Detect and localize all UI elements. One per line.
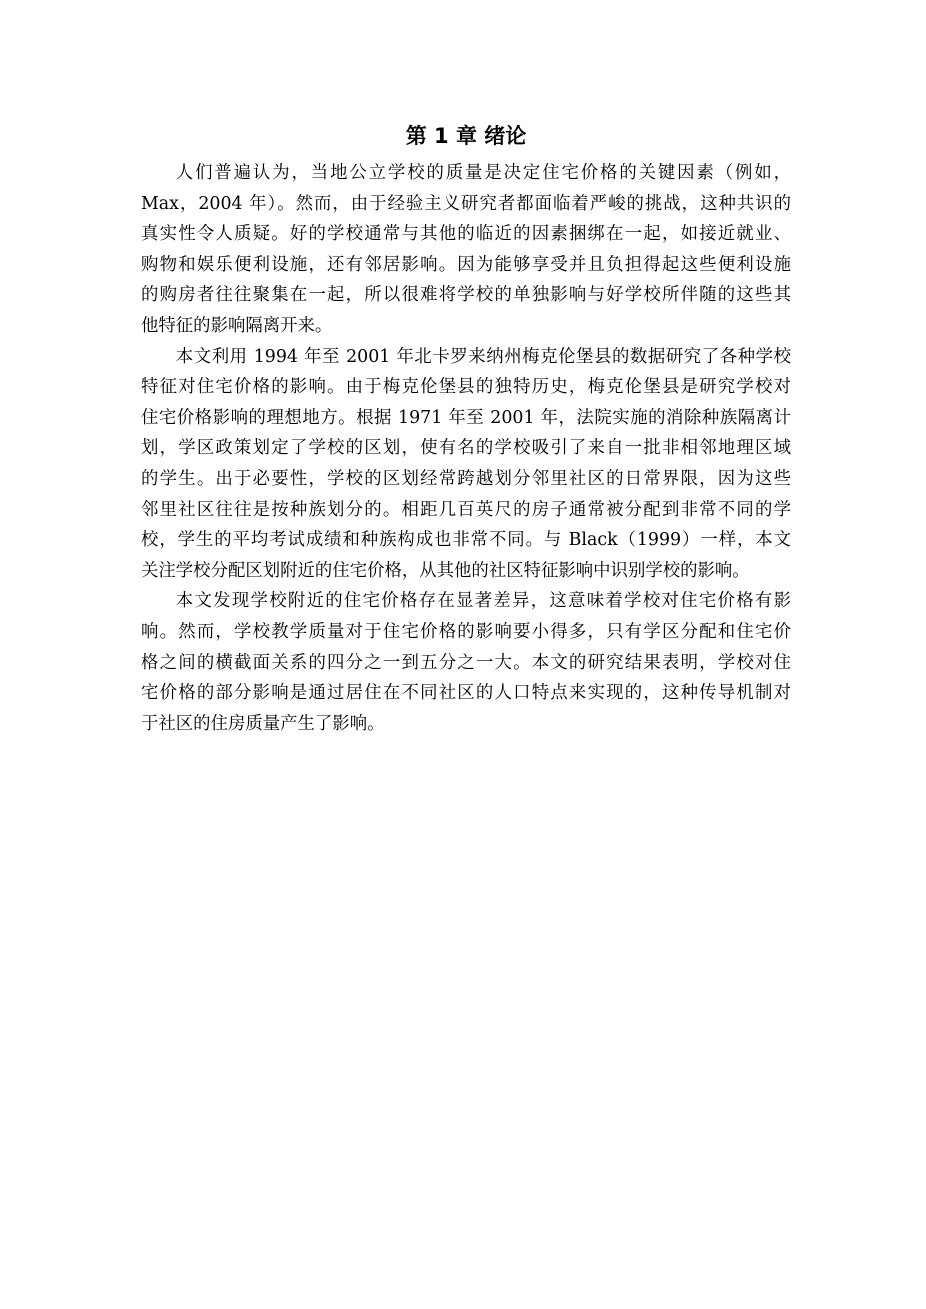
text-line: 的学生。出于必要性，学校的区划经常跨越划分邻里社区的日常界限，因为这些 <box>141 464 791 495</box>
text-line: 划，学区政策划定了学校的区划，使有名的学校吸引了来自一批非相邻地理区域 <box>141 433 791 464</box>
text-line: 购物和娱乐便利设施，还有邻居影响。因为能够享受并且负担得起这些便利设施 <box>141 250 791 281</box>
document-body: 人们普遍认为，当地公立学校的质量是决定住宅价格的关键因素（例如，Max，2004… <box>141 158 791 739</box>
text-line: 特征对住宅价格的影响。由于梅克伦堡县的独特历史，梅克伦堡县是研究学校对 <box>141 372 791 403</box>
text-line: 人们普遍认为，当地公立学校的质量是决定住宅价格的关键因素（例如， <box>141 158 791 189</box>
paragraph: 本文发现学校附近的住宅价格存在显著差异，这意味着学校对住宅价格有影响。然而，学校… <box>141 586 791 739</box>
paragraph: 人们普遍认为，当地公立学校的质量是决定住宅价格的关键因素（例如，Max，2004… <box>141 158 791 342</box>
text-line: 的购房者往往聚集在一起，所以很难将学校的单独影响与好学校所伴随的这些其 <box>141 280 791 311</box>
text-line: 邻里社区往往是按种族划分的。相距几百英尺的房子通常被分配到非常不同的学 <box>141 495 791 526</box>
paragraph: 本文利用 1994 年至 2001 年北卡罗来纳州梅克伦堡县的数据研究了各种学校… <box>141 342 791 587</box>
text-line: 本文利用 1994 年至 2001 年北卡罗来纳州梅克伦堡县的数据研究了各种学校 <box>141 342 791 373</box>
text-line: 响。然而，学校教学质量对于住宅价格的影响要小得多，只有学区分配和住宅价 <box>141 617 791 648</box>
text-line: 宅价格的部分影响是通过居住在不同社区的人口特点来实现的，这种传导机制对 <box>141 678 791 709</box>
text-line: 校，学生的平均考试成绩和种族构成也非常不同。与 Black（1999）一样，本文 <box>141 525 791 556</box>
text-line: 格之间的横截面关系的四分之一到五分之一大。本文的研究结果表明，学校对住 <box>141 648 791 679</box>
text-line: 住宅价格影响的理想地方。根据 1971 年至 2001 年，法院实施的消除种族隔… <box>141 403 791 434</box>
text-line: Max，2004 年）。然而，由于经验主义研究者都面临着严峻的挑战，这种共识的 <box>141 189 791 220</box>
text-line: 关注学校分配区划附近的住宅价格，从其他的社区特征影响中识别学校的影响。 <box>141 556 791 587</box>
text-line: 他特征的影响隔离开来。 <box>141 311 791 342</box>
document-page: 第 1 章 绪论 人们普遍认为，当地公立学校的质量是决定住宅价格的关键因素（例如… <box>141 118 791 739</box>
text-line: 于社区的住房质量产生了影响。 <box>141 709 791 740</box>
text-line: 本文发现学校附近的住宅价格存在显著差异，这意味着学校对住宅价格有影 <box>141 586 791 617</box>
chapter-title: 第 1 章 绪论 <box>141 118 791 154</box>
text-line: 真实性令人质疑。好的学校通常与其他的临近的因素捆绑在一起，如接近就业、 <box>141 219 791 250</box>
